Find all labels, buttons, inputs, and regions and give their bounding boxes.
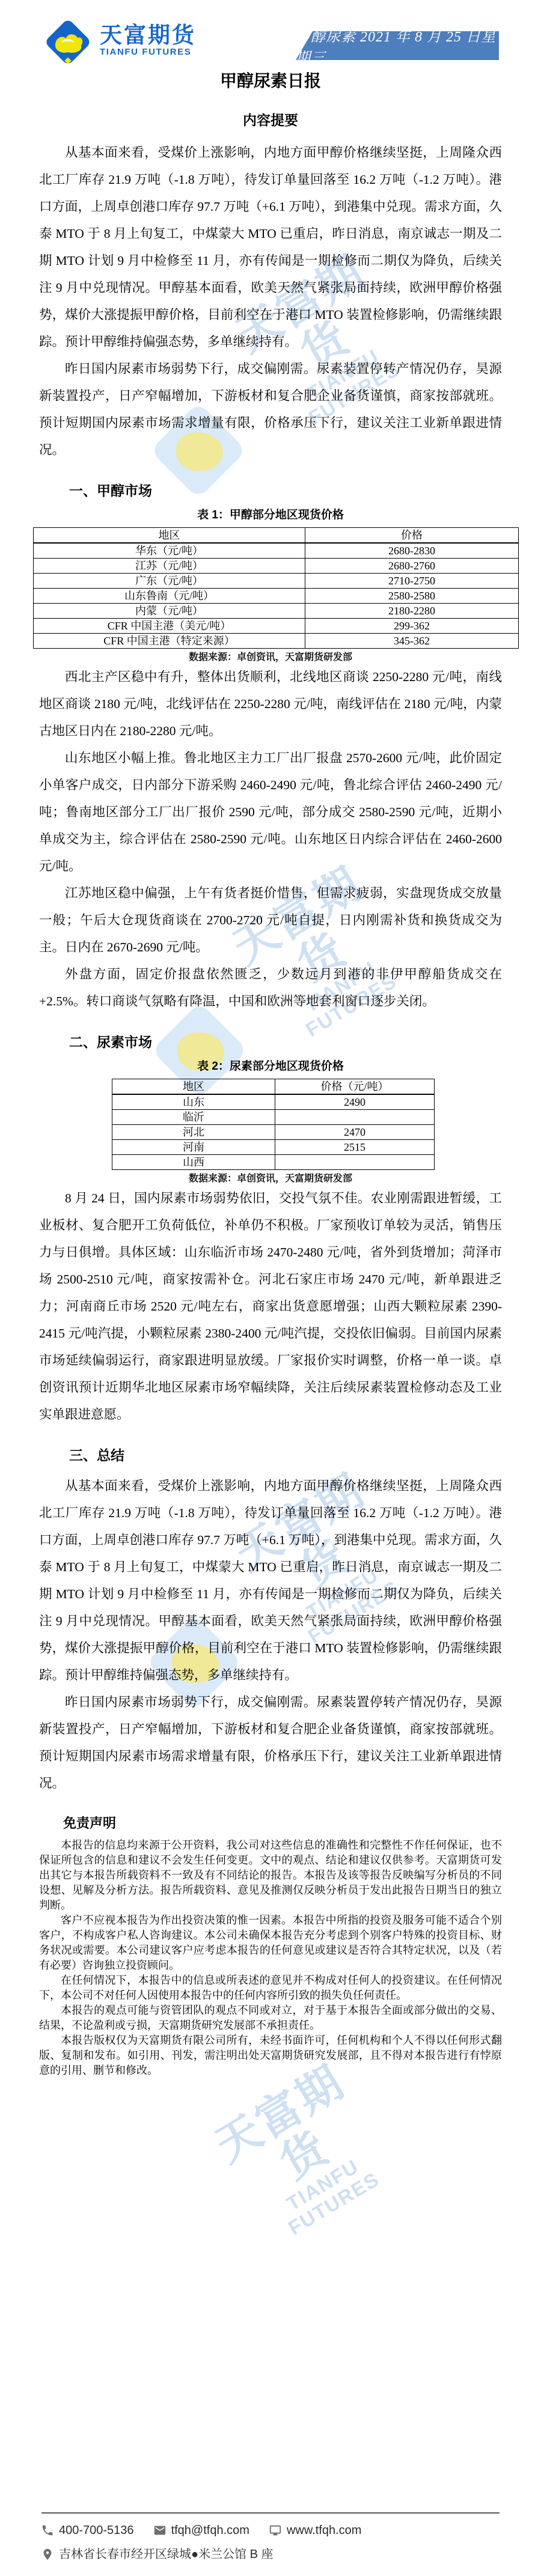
monitor-icon <box>269 2524 282 2537</box>
footer-phone-number: 400-700-5136 <box>59 2523 134 2538</box>
footer-website: www.tfqh.com <box>269 2523 361 2538</box>
logo-company-name-cn: 天富期货 <box>100 24 196 47</box>
report-body: 甲醇尿素日报 内容提要 从基本面来看，受煤价上涨影响，内地方面甲醇价格继续坚挺，… <box>39 71 502 2078</box>
logo-text: 天富期货 TIANFU FUTURES <box>100 24 196 58</box>
report-page: 天富期货 TIANFU FUTURES 天富期货 TIANFU FUTURES … <box>0 0 541 2576</box>
table-row: 河北2470 <box>112 1125 435 1140</box>
section-heading-methanol: 一、甲醇市场 <box>39 482 502 500</box>
price-cell: 2470 <box>275 1125 435 1140</box>
disclaimer-paragraph: 本报告的观点可能与资管团队的观点不同或对立，对于基于本报告全面或部分做出的交易、… <box>39 2003 502 2033</box>
footer-website-url: www.tfqh.com <box>287 2523 361 2538</box>
table1-header-region: 地区 <box>34 528 305 544</box>
table2-caption: 表 2：尿素部分地区现货价格 <box>39 1059 502 1074</box>
footer-phone: 400-700-5136 <box>41 2523 134 2538</box>
envelope-icon <box>153 2524 167 2537</box>
region-cell: 广东（元/吨） <box>34 574 305 589</box>
price-cell: 2710-2750 <box>305 574 519 589</box>
region-cell: 山东 <box>112 1094 275 1110</box>
region-cell: 山西 <box>112 1155 275 1170</box>
disclaimer-paragraph: 在任何情况下，本报告中的信息或所表述的意见并不构成对任何人的投资建议。在任何情况… <box>39 1973 502 2003</box>
date-banner-text: 甲醇尿素 2021 年 8 月 25 日星期三 <box>296 25 499 67</box>
urea-paragraph: 8 月 24 日，国内尿素市场弱势依旧，交投气氛不佳。农业刚需跟进暂缓，工业板材… <box>39 1185 502 1428</box>
table-header-row: 地区 价格（元/吨） <box>112 1079 435 1095</box>
table-row: 山东2490 <box>112 1094 435 1110</box>
price-cell: 2680-2760 <box>305 559 519 574</box>
page-title: 甲醇尿素日报 <box>39 71 502 91</box>
table-row: CFR 中国主港（特定来源）345-362 <box>34 634 519 649</box>
price-cell: 2580-2580 <box>305 589 519 604</box>
region-cell: CFR 中国主港（美元/吨） <box>34 619 305 634</box>
price-cell: 299-362 <box>305 619 519 634</box>
price-cell <box>275 1110 435 1125</box>
company-logo: 天富期货 TIANFU FUTURES <box>43 18 196 66</box>
price-cell: 2515 <box>275 1140 435 1155</box>
disclaimer-heading: 免责声明 <box>39 1815 502 1832</box>
table2-header-region: 地区 <box>112 1079 275 1095</box>
disclaimer-paragraph: 客户不应视本报告为作出投资决策的惟一因素。本报告中所指的投资及服务可能不适合个别… <box>39 1913 502 1973</box>
price-cell: 2490 <box>275 1094 435 1110</box>
table-row: 江苏（元/吨）2680-2760 <box>34 559 519 574</box>
table-row: 山西 <box>112 1155 435 1170</box>
section-heading-conclusion: 三、总结 <box>39 1446 502 1464</box>
methanol-price-table: 地区 价格 华东（元/吨）2680-2830 江苏（元/吨）2680-2760 … <box>33 527 519 649</box>
table-row: 河南2515 <box>112 1140 435 1155</box>
region-cell: 江苏（元/吨） <box>34 559 305 574</box>
watermark-en-text: TIANFU FUTURES <box>237 2128 420 2261</box>
region-cell: 临沂 <box>112 1110 275 1125</box>
table-row: 临沂 <box>112 1110 435 1125</box>
region-cell: CFR 中国主港（特定来源） <box>34 634 305 649</box>
footer-divider <box>41 2512 500 2514</box>
table-header-row: 地区 价格 <box>34 528 519 544</box>
disclaimer-paragraph: 本报告的信息均来源于公开资料，我公司对这些信息的准确性和完整性不作任何保证，也不… <box>39 1838 502 1913</box>
summary-paragraph: 昨日国内尿素市场弱势下行，成交偏刚需。尿素装置停转产情况仍存，昊源新装置投产，日… <box>39 356 502 464</box>
table1-source-note: 数据来源：卓创资讯，天富期货研发部 <box>39 652 502 664</box>
footer-address: 吉林省长春市经开区绿城●米兰公馆 B 座 <box>41 2547 274 2562</box>
summary-heading: 内容提要 <box>39 112 502 129</box>
footer: 400-700-5136 tfqh@tfqh.com www.tfqh.com <box>41 2523 504 2571</box>
methanol-paragraph: 西北主产区稳中有升，整体出货顺利，北线地区商谈 2250-2280 元/吨，南线… <box>39 664 502 745</box>
date-banner: 甲醇尿素 2021 年 8 月 25 日星期三 <box>296 31 499 60</box>
region-cell: 河北 <box>112 1125 275 1140</box>
phone-icon <box>41 2524 54 2537</box>
methanol-paragraph: 江苏地区稳中偏强，上午有货者挺价惜售，但需求疲弱，实盘现货成交放量一般；午后大仓… <box>39 880 502 961</box>
table-row: CFR 中国主港（美元/吨）299-362 <box>34 619 519 634</box>
table2-source-note: 数据来源：卓创资讯，天富期货研发部 <box>39 1173 502 1185</box>
region-cell: 山东鲁南（元/吨） <box>34 589 305 604</box>
summary-paragraph: 从基本面来看，受煤价上涨影响，内地方面甲醇价格继续坚挺，上周隆众西北工厂库存 2… <box>39 139 502 356</box>
methanol-paragraph: 外盘方面，固定价报盘依然匮乏，少数远月到港的非伊甲醇船货成交在+2.5%。转口商… <box>39 961 502 1015</box>
conclusion-paragraph: 从基本面来看，受煤价上涨影响，内地方面甲醇价格继续坚挺，上周隆众西北工厂库存 2… <box>39 1473 502 1689</box>
footer-contact-row: 400-700-5136 tfqh@tfqh.com www.tfqh.com <box>41 2523 504 2538</box>
price-cell: 345-362 <box>305 634 519 649</box>
region-cell: 内蒙（元/吨） <box>34 604 305 619</box>
footer-address-row: 吉林省长春市经开区绿城●米兰公馆 B 座 <box>41 2547 504 2562</box>
methanol-paragraph: 山东地区小幅上推。鲁北地区主力工厂出厂报盘 2570-2600 元/吨，此价固定… <box>39 745 502 880</box>
price-cell: 2680-2830 <box>305 543 519 559</box>
price-cell: 2180-2280 <box>305 604 519 619</box>
table1-caption: 表 1：甲醇部分地区现货价格 <box>39 508 502 523</box>
region-cell: 河南 <box>112 1140 275 1155</box>
table-row: 内蒙（元/吨）2180-2280 <box>34 604 519 619</box>
table-row: 广东（元/吨）2710-2750 <box>34 574 519 589</box>
location-pin-icon <box>41 2548 54 2561</box>
table-row: 山东鲁南（元/吨）2580-2580 <box>34 589 519 604</box>
conclusion-paragraph: 昨日国内尿素市场弱势下行，成交偏刚需。尿素装置停转产情况仍存，昊源新装置投产，日… <box>39 1689 502 1797</box>
logo-company-name-en: TIANFU FUTURES <box>100 47 196 58</box>
logo-diamond-icon <box>43 18 93 66</box>
urea-price-table: 地区 价格（元/吨） 山东2490 临沂 河北2470 河南2515 山西 <box>112 1079 435 1170</box>
table1-header-price: 价格 <box>305 528 519 544</box>
table-row: 华东（元/吨）2680-2830 <box>34 543 519 559</box>
disclaimer-paragraph: 本报告版权仅为天富期货有限公司所有，未经书面许可，任何机构和个人不得以任何形式翻… <box>39 2033 502 2078</box>
table2-header-price: 价格（元/吨） <box>275 1079 435 1095</box>
section-heading-urea: 二、尿素市场 <box>39 1033 502 1051</box>
footer-address-text: 吉林省长春市经开区绿城●米兰公馆 B 座 <box>59 2547 274 2562</box>
region-cell: 华东（元/吨） <box>34 543 305 559</box>
footer-email: tfqh@tfqh.com <box>153 2523 249 2538</box>
price-cell <box>275 1155 435 1170</box>
footer-email-address: tfqh@tfqh.com <box>171 2523 249 2538</box>
